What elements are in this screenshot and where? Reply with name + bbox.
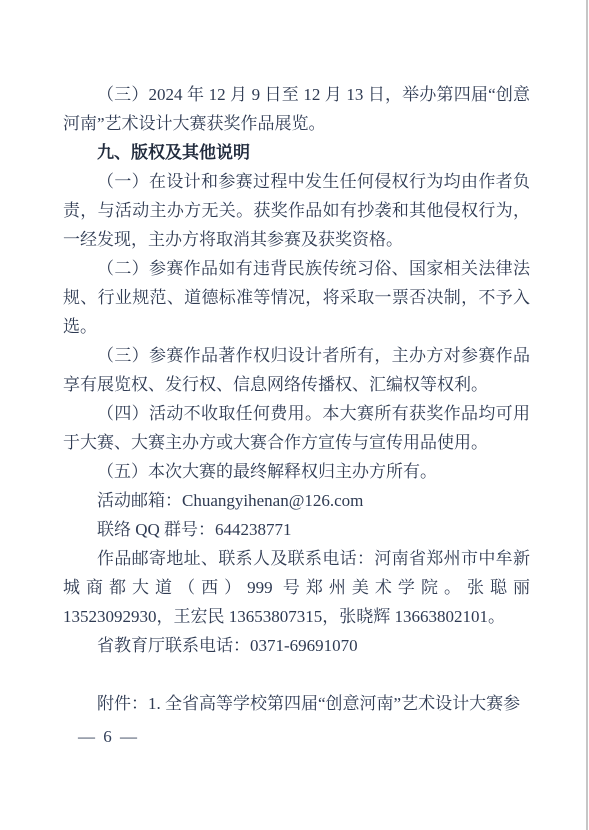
contact-mailing-address: 作品邮寄地址、联系人及联系电话：河南省郑州市中牟新城商都大道（西）999 号郑州… bbox=[63, 544, 530, 631]
clause-2-one-vote-veto: （二）参赛作品如有违背民族传统习俗、国家相关法律法规、行业规范、道德标准等情况，… bbox=[63, 254, 530, 341]
attachment-note: 附件：1. 全省高等学校第四届“创意河南”艺术设计大赛参 bbox=[63, 689, 530, 718]
heading-copyright-and-other-notes: 九、版权及其他说明 bbox=[63, 138, 530, 167]
clause-1-infringement-liability: （一）在设计和参赛过程中发生任何侵权行为均由作者负责，与活动主办方无关。获奖作品… bbox=[63, 167, 530, 254]
document-page: （三）2024 年 12 月 9 日至 12 月 13 日，举办第四届“创意河南… bbox=[0, 0, 589, 830]
clause-5-final-interpretation: （五）本次大赛的最终解释权归主办方所有。 bbox=[63, 457, 530, 486]
clause-4-no-fees: （四）活动不收取任何费用。本大赛所有获奖作品均可用于大赛、大赛主办方或大赛合作方… bbox=[63, 399, 530, 457]
page-number: — 6 — bbox=[78, 722, 139, 751]
contact-education-department-phone: 省教育厅联系电话：0371-69691070 bbox=[63, 631, 530, 660]
page-right-edge-line bbox=[586, 0, 588, 830]
contact-email: 活动邮箱：Chuangyihenan@126.com bbox=[63, 486, 530, 515]
document-body: （三）2024 年 12 月 9 日至 12 月 13 日，举办第四届“创意河南… bbox=[63, 80, 530, 718]
clause-3-copyright-ownership: （三）参赛作品著作权归设计者所有，主办方对参赛作品享有展览权、发行权、信息网络传… bbox=[63, 341, 530, 399]
clause-exhibition-dates: （三）2024 年 12 月 9 日至 12 月 13 日，举办第四届“创意河南… bbox=[63, 80, 530, 138]
contact-qq-group: 联络 QQ 群号：644238771 bbox=[63, 515, 530, 544]
